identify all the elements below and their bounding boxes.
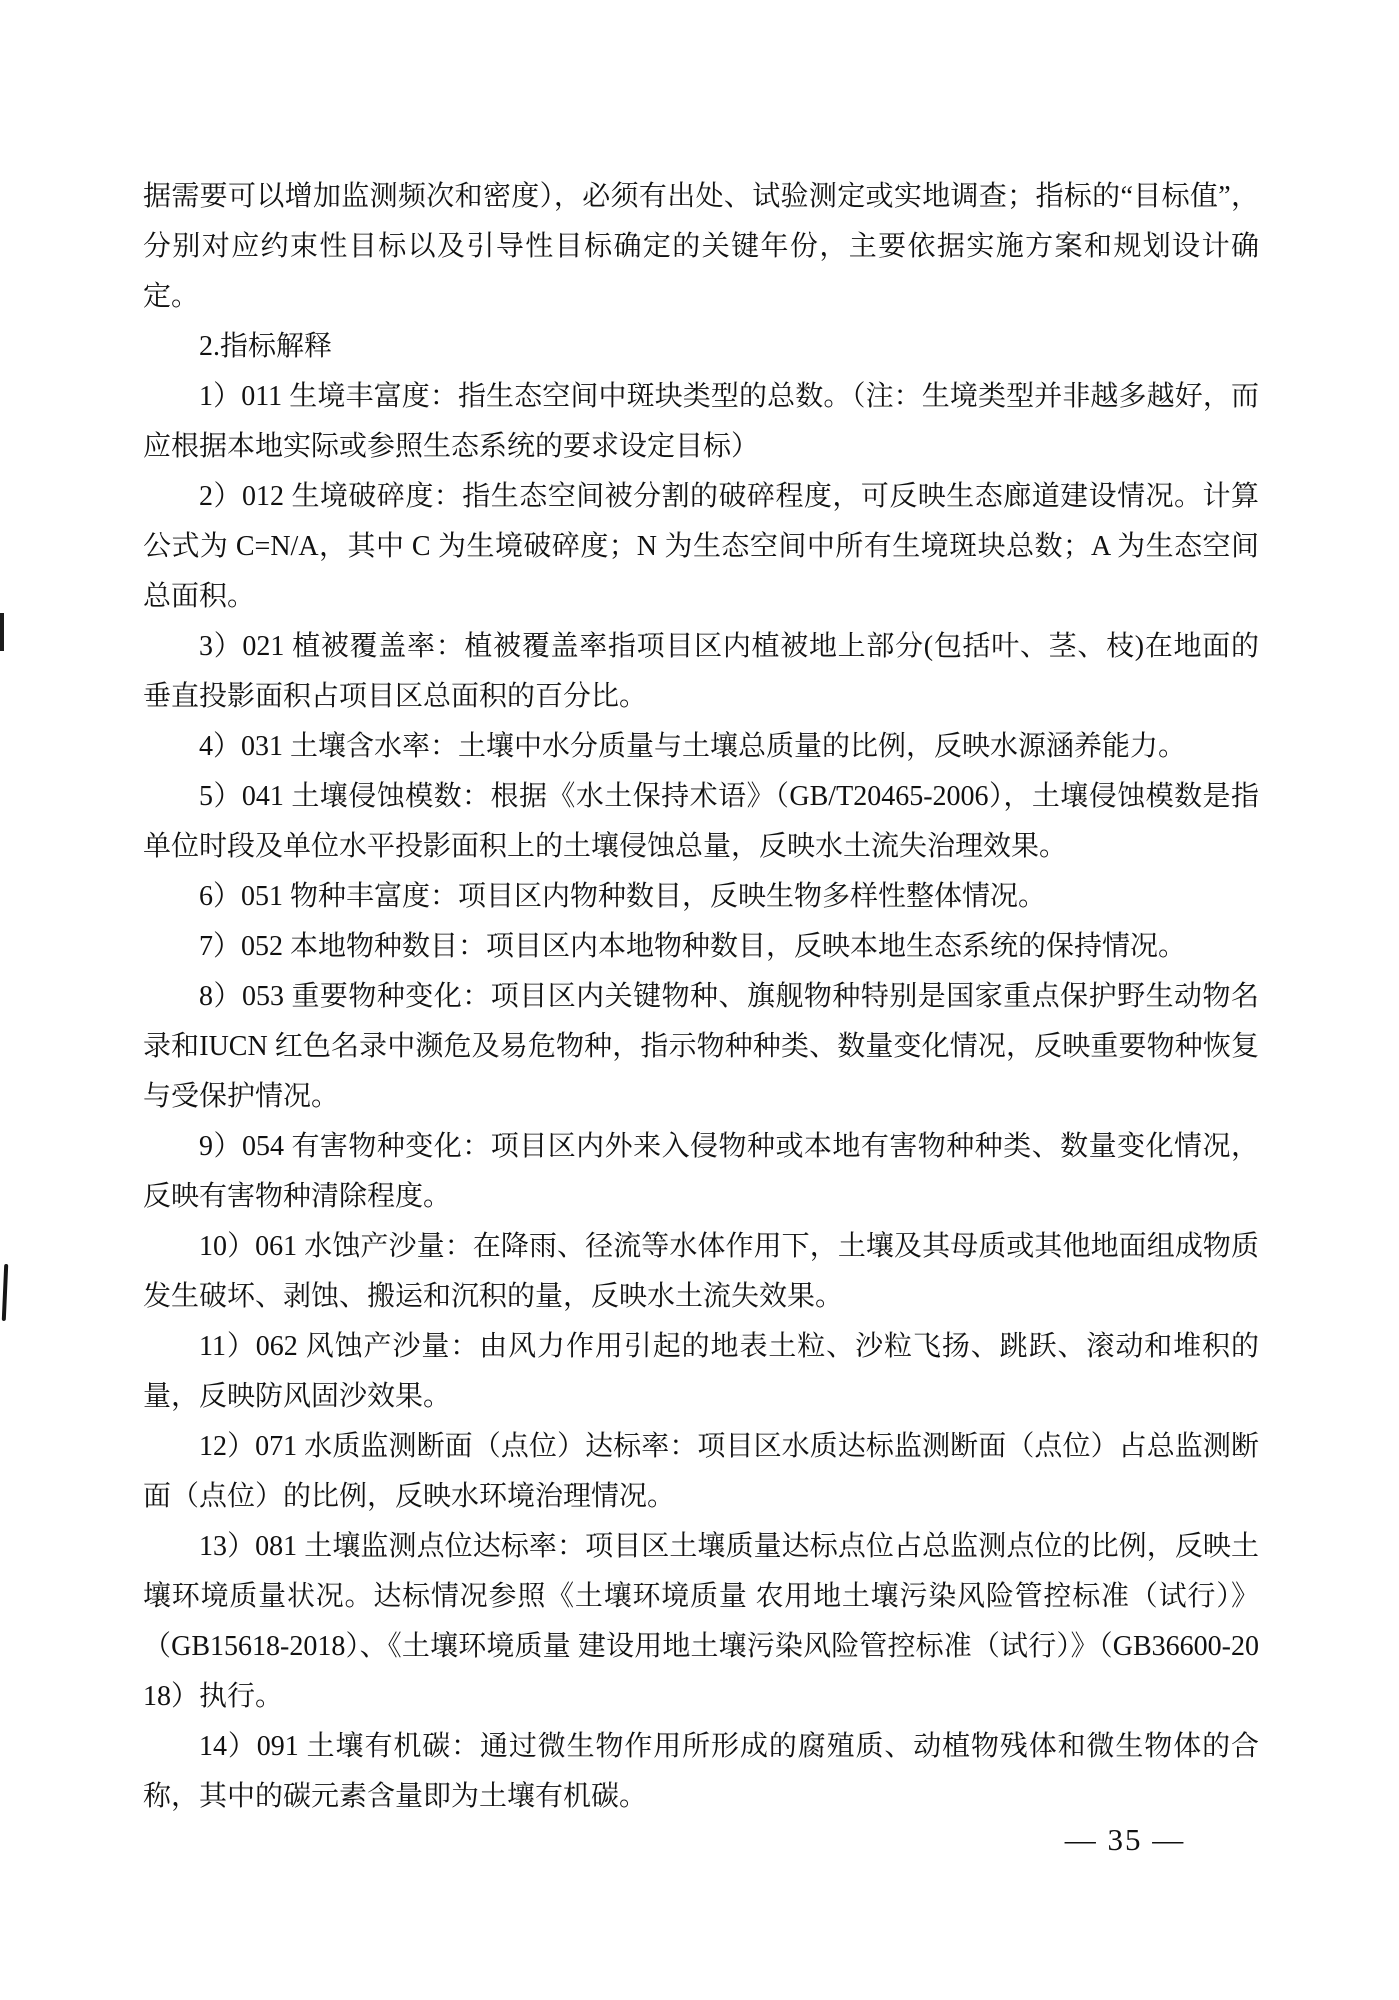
indicator-list: 1）011 生境丰富度：指生态空间中斑块类型的总数。（注：生境类型并非越多越好，… [143, 372, 1259, 1822]
indicator-item: 3）021 植被覆盖率：植被覆盖率指项目区内植被地上部分(包括叶、茎、枝)在地面… [143, 622, 1259, 722]
indicator-item-term: 物种丰富度 [290, 881, 430, 912]
indicator-item-number: 10） [199, 1231, 255, 1262]
section-heading: 2.指标解释 [143, 322, 1259, 372]
indicator-item-code: 051 [241, 881, 283, 912]
indicator-item-number: 11） [199, 1331, 256, 1362]
indicator-item-code: 054 [242, 1131, 284, 1162]
indicator-item: 12）071 水质监测断面（点位）达标率：项目区水质达标监测断面（点位）占总监测… [143, 1422, 1259, 1522]
indicator-item-definition: 土壤中水分质量与土壤总质量的比例，反映水源涵养能力。 [458, 731, 1186, 762]
indicator-item-term: 本地物种数目 [290, 931, 458, 962]
indicator-item-term: 土壤侵蚀模数 [291, 781, 462, 812]
indicator-item: 11）062 风蚀产沙量：由风力作用引起的地表土粒、沙粒飞扬、跳跃、滚动和堆积的… [143, 1322, 1259, 1422]
indicator-item-code: 071 [255, 1431, 297, 1462]
page-number: — 35 — [1018, 1822, 1232, 1858]
indicator-item-code: 011 [241, 381, 282, 412]
indicator-item-term: 有害物种变化 [291, 1131, 462, 1162]
indicator-item: 9）054 有害物种变化：项目区内外来入侵物种或本地有害物种种类、数量变化情况，… [143, 1122, 1259, 1222]
indicator-item-number: 14） [199, 1731, 257, 1762]
intro-continuation-paragraph: 据需要可以增加监测频次和密度），必须有出处、试验测定或实地调查；指标的“目标值”… [143, 172, 1259, 322]
indicator-item-code: 012 [242, 481, 284, 512]
indicator-item-code: 061 [255, 1231, 297, 1262]
indicator-item: 6）051 物种丰富度：项目区内物种数目，反映生物多样性整体情况。 [143, 872, 1259, 922]
indicator-item-code: 091 [257, 1731, 299, 1762]
indicator-item-number: 9） [199, 1131, 242, 1162]
indicator-item: 10）061 水蚀产沙量：在降雨、径流等水体作用下，土壤及其母质或其他地面组成物… [143, 1222, 1259, 1322]
indicator-item-term: 水质监测断面（点位）达标率 [304, 1431, 669, 1462]
indicator-item-term: 水蚀产沙量 [304, 1231, 444, 1262]
indicator-item-number: 13） [199, 1531, 255, 1562]
page-content: 据需要可以增加监测频次和密度），必须有出处、试验测定或实地调查；指标的“目标值”… [143, 172, 1259, 1822]
indicator-item: 14）091 土壤有机碳：通过微生物作用所形成的腐殖质、动植物残体和微生物体的合… [143, 1722, 1259, 1822]
indicator-item-number: 2） [199, 481, 242, 512]
indicator-item-term: 植被覆盖率 [292, 631, 436, 662]
indicator-item-term: 风蚀产沙量 [306, 1331, 451, 1362]
indicator-item-number: 4） [199, 731, 241, 762]
indicator-item-definition: 项目区内本地物种数目，反映本地生态系统的保持情况。 [486, 931, 1186, 962]
indicator-item-number: 1） [199, 381, 241, 412]
indicator-item-code: 062 [256, 1331, 298, 1362]
document-page: 据需要可以增加监测频次和密度），必须有出处、试验测定或实地调查；指标的“目标值”… [0, 0, 1399, 2000]
indicator-item-number: 5） [199, 781, 242, 812]
indicator-item-term: 生境丰富度 [289, 381, 430, 412]
indicator-item-term: 土壤有机碳 [307, 1731, 451, 1762]
indicator-item-term: 土壤监测点位达标率 [304, 1531, 557, 1562]
indicator-item: 5）041 土壤侵蚀模数：根据《水土保持术语》（GB/T20465-2006），… [143, 772, 1259, 872]
indicator-item-number: 6） [199, 881, 241, 912]
indicator-item: 7）052 本地物种数目：项目区内本地物种数目，反映本地生态系统的保持情况。 [143, 922, 1259, 972]
indicator-item-code: 021 [242, 631, 284, 662]
indicator-item-term: 生境破碎度 [291, 481, 433, 512]
indicator-item: 1）011 生境丰富度：指生态空间中斑块类型的总数。（注：生境类型并非越多越好，… [143, 372, 1259, 472]
indicator-item: 4）031 土壤含水率：土壤中水分质量与土壤总质量的比例，反映水源涵养能力。 [143, 722, 1259, 772]
indicator-item-number: 7） [199, 931, 241, 962]
indicator-item-code: 041 [242, 781, 284, 812]
indicator-item-code: 053 [242, 981, 284, 1012]
indicator-item-term: 土壤含水率 [290, 731, 430, 762]
indicator-item: 2）012 生境破碎度：指生态空间被分割的破碎程度，可反映生态廊道建设情况。计算… [143, 472, 1259, 622]
indicator-item-code: 052 [241, 931, 283, 962]
indicator-item-number: 3） [199, 631, 242, 662]
scan-artifact-mark-2 [2, 1264, 8, 1321]
indicator-item: 8）053 重要物种变化：项目区内关键物种、旗舰物种特别是国家重点保护野生动物名… [143, 972, 1259, 1122]
indicator-item-term: 重要物种变化 [291, 981, 462, 1012]
indicator-item-number: 8） [199, 981, 242, 1012]
indicator-item: 13）081 土壤监测点位达标率：项目区土壤质量达标点位占总监测点位的比例，反映… [143, 1522, 1259, 1722]
indicator-item-number: 12） [199, 1431, 255, 1462]
indicator-item-code: 081 [255, 1531, 297, 1562]
indicator-item-code: 031 [241, 731, 283, 762]
indicator-item-definition: 项目区内物种数目，反映生物多样性整体情况。 [458, 881, 1046, 912]
scan-artifact-mark-1 [0, 613, 4, 651]
